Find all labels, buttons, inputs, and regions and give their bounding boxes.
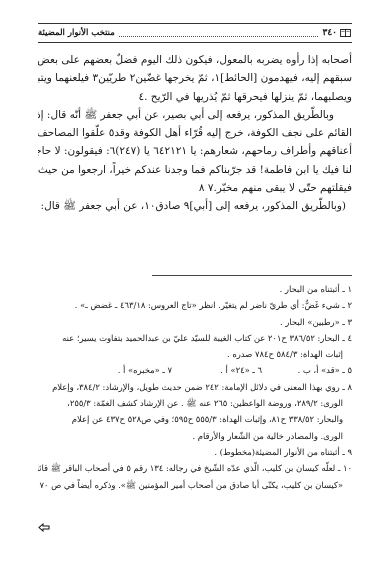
footnote-continuation: الورى: ٢٨٩/٢، وروضة الواعظين: ٢٦٥ عنه ﷺ … bbox=[38, 395, 352, 411]
footnote: ٨ ـ روي بهذا المعنى في دلائل الإمامة: ٢٤… bbox=[38, 379, 352, 395]
footnote-separator bbox=[152, 275, 352, 276]
document-page: ٣٤٠ منتخب الأنوار المضيئة أصحابه إذا رأو… bbox=[38, 0, 352, 580]
footnote: ٢ ـ شيء غَضٌّ: أي طريّ ناضر لم يتغيّر. ا… bbox=[38, 297, 352, 313]
footnotes: ١ ـ أثبتناه من البحار . ٢ ـ شيء غَضٌّ: أ… bbox=[38, 281, 352, 493]
text-line: القائم على نجف الكوفة، خرج إليه قُرّاء أ… bbox=[38, 124, 352, 142]
footnote: ٤ ـ البحار: ٣٨٦/٥٢ ح٢٠١ عن كتاب الغيبة ل… bbox=[38, 330, 352, 346]
footnote-row: ٥ ـ «قد» أ، ب . ٦ ـ «٢٤» أ . ٧ ـ «مخبره»… bbox=[38, 362, 352, 378]
footnote: ٦ ـ «٢٤» أ . bbox=[172, 362, 262, 378]
text-line: أعناقهم وأطراف رماحهم، شعارهم: يا ٦٤٢١٢١… bbox=[38, 142, 352, 160]
text-line: ويصلبهما، ثمّ ينزلها فيحرقها ثمّ يُذريها… bbox=[38, 88, 352, 106]
footnote-continuation: «كيسان بن كليب، يكنّى أبا صادق من أصحاب … bbox=[38, 477, 352, 493]
text-line: فيقلتهم حتّى لا يبقى منهم مخبّر.٧ ٨ bbox=[38, 179, 352, 197]
footnote-continuation: الورى. والمصادر خالية من الشّعار والأرقا… bbox=[38, 428, 352, 444]
arrow-left-icon bbox=[38, 523, 50, 532]
footnote: ٩ ـ أثبتناه من الأنوار المضيئة(مخطوط) . bbox=[38, 444, 352, 460]
footnote: ١٠ ـ لعلّه كيسان بن كليب، الّذي عدّه الش… bbox=[38, 460, 352, 476]
text-line: لنا فيك يا ابن فاطمة! قد جرّبناكم فما وج… bbox=[38, 161, 352, 179]
footnote: ٧ ـ «مخبره» أ . bbox=[82, 362, 172, 378]
text-line: وبالطّريق المذكور، يرفعه إلى أبي بصير، ع… bbox=[38, 106, 352, 124]
text-line: (وبالطّريق المذكور، يرفعه إلى [أبي]٩ صاد… bbox=[38, 197, 352, 215]
footnote: ٣ ـ «رطبين» البحار . bbox=[38, 314, 352, 330]
book-icon bbox=[340, 29, 351, 37]
text-line: سبقهم إليه، فيهدمون [الحائط]١، ثمّ يخرجه… bbox=[38, 69, 352, 87]
footnote-continuation: إثبات الهداة: ٥٨٤/٣ ح٧٨٤ صدره . bbox=[38, 346, 352, 362]
header-leader-dots bbox=[119, 36, 319, 37]
main-text: أصحابه إذا رأوه يضربه بالمعول، فيكون ذلك… bbox=[38, 51, 352, 216]
footnote: ٥ ـ «قد» أ، ب . bbox=[262, 362, 352, 378]
book-title: منتخب الأنوار المضيئة bbox=[38, 28, 115, 38]
footnote-continuation: والبحار: ٣٣٨/٥٢ ح٨١، وإثبات الهداة: ٥٥٥/… bbox=[38, 411, 352, 427]
running-header: ٣٤٠ منتخب الأنوار المضيئة bbox=[38, 23, 352, 43]
footnote: ١ ـ أثبتناه من البحار . bbox=[38, 281, 352, 297]
page-number: ٣٤٠ bbox=[322, 28, 337, 38]
text-line: أصحابه إذا رأوه يضربه بالمعول، فيكون ذلك… bbox=[38, 51, 352, 69]
